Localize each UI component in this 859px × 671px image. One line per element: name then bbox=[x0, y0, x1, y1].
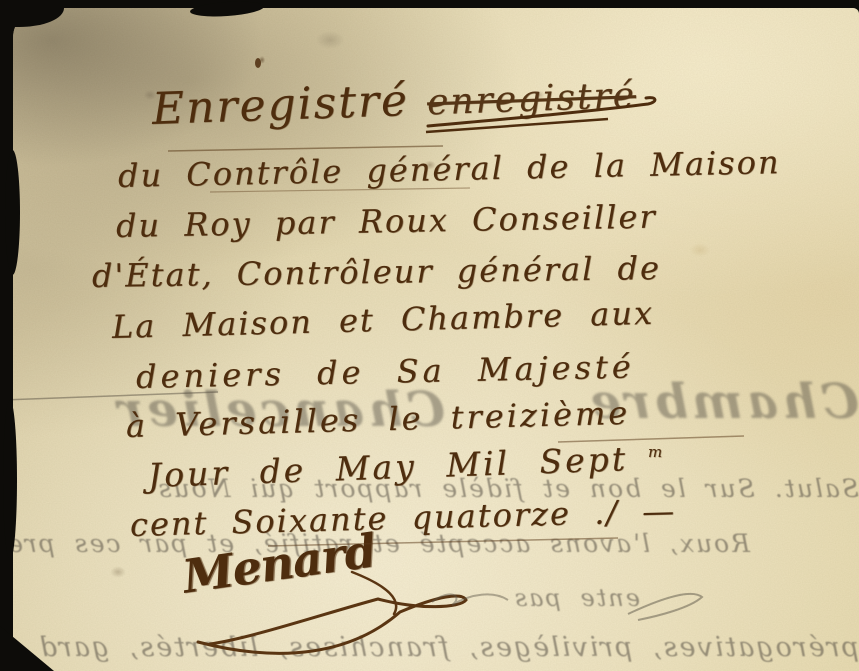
pen-strokes bbox=[13, 8, 859, 671]
showthrough-flourish bbox=[628, 594, 702, 620]
strike-stroke bbox=[426, 119, 608, 132]
ink-underline bbox=[268, 538, 618, 546]
photo-edge-notch bbox=[3, 400, 17, 560]
crease-line bbox=[13, 392, 218, 400]
strike-stroke bbox=[428, 98, 655, 126]
signature-flourish bbox=[198, 596, 466, 653]
showthrough-flourish bbox=[432, 594, 508, 605]
ink-underline bbox=[210, 188, 470, 192]
manuscript-text-layer: Enregistréenregistré du Contrôle général… bbox=[13, 8, 859, 671]
signature-flourish bbox=[352, 572, 396, 614]
parchment-sheet: Chancelier Chambre Salut. Sur le bon et … bbox=[13, 8, 859, 671]
photo-frame: Chancelier Chambre Salut. Sur le bon et … bbox=[0, 0, 859, 671]
photo-edge-notch bbox=[5, 150, 20, 275]
ink-speck bbox=[255, 58, 261, 68]
ink-underline bbox=[558, 436, 744, 442]
ink-underline bbox=[168, 146, 443, 151]
